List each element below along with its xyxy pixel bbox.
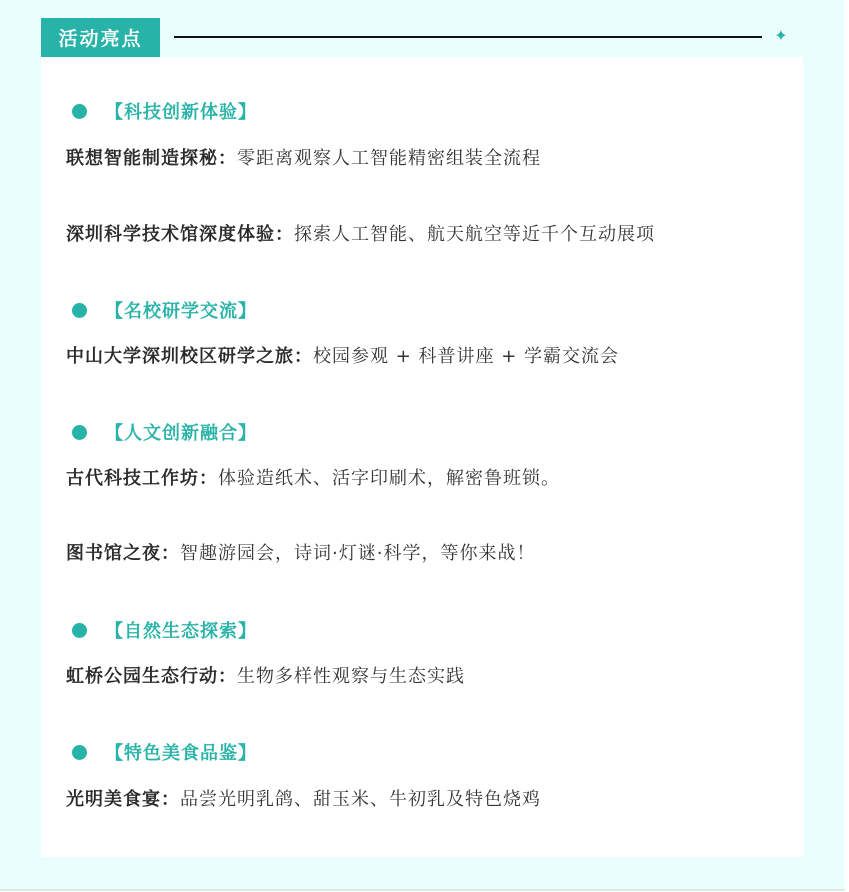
header-divider-line	[174, 36, 762, 38]
bullet-dot-icon	[72, 425, 87, 440]
section-label: 【科技创新体验】	[105, 98, 257, 124]
highlight-item: 虹桥公园生态行动：生物多样性观察与生态实践	[66, 664, 465, 690]
item-name: 图书馆之夜	[66, 543, 161, 564]
highlight-item: 光明美食宴：品尝光明乳鸽、甜玉米、牛初乳及特色烧鸡	[66, 787, 541, 813]
sparkle-star-icon: ✦	[773, 26, 789, 46]
item-name: 虹桥公园生态行动	[66, 666, 218, 687]
section-title-school: 【名校研学交流】	[72, 297, 257, 323]
bullet-dot-icon	[72, 303, 87, 318]
item-description: 体验造纸术、活字印刷术，解密鲁班锁。	[218, 468, 560, 489]
highlight-item: 古代科技工作坊：体验造纸术、活字印刷术，解密鲁班锁。	[66, 466, 560, 492]
section-header-tab: 活动亮点	[41, 18, 160, 57]
item-separator: ：	[218, 148, 237, 169]
section-label: 【特色美食品鉴】	[105, 739, 257, 765]
item-description: 生物多样性观察与生态实践	[237, 666, 465, 687]
item-description: 探索人工智能、航天航空等近千个互动展项	[294, 224, 655, 245]
highlights-card: 【科技创新体验】 联想智能制造探秘：零距离观察人工智能精密组装全流程 深圳科学技…	[41, 57, 803, 857]
item-separator: ：	[294, 346, 313, 367]
item-name: 光明美食宴	[66, 789, 161, 810]
section-title-tech: 【科技创新体验】	[72, 98, 257, 124]
bullet-dot-icon	[72, 745, 87, 760]
item-description: 零距离观察人工智能精密组装全流程	[237, 148, 541, 169]
highlight-item: 中山大学深圳校区研学之旅：校园参观 + 科普讲座 + 学霸交流会	[66, 344, 619, 370]
highlight-item: 深圳科学技术馆深度体验：探索人工智能、航天航空等近千个互动展项	[66, 222, 655, 248]
section-label: 【名校研学交流】	[105, 297, 257, 323]
item-separator: ：	[199, 468, 218, 489]
item-separator: ：	[218, 666, 237, 687]
highlight-item: 联想智能制造探秘：零距离观察人工智能精密组装全流程	[66, 146, 541, 172]
bullet-dot-icon	[72, 623, 87, 638]
section-label: 【自然生态探索】	[105, 617, 257, 643]
item-description: 校园参观 + 科普讲座 + 学霸交流会	[313, 346, 619, 367]
bullet-dot-icon	[72, 104, 87, 119]
item-name: 中山大学深圳校区研学之旅	[66, 346, 294, 367]
item-name: 联想智能制造探秘	[66, 148, 218, 169]
section-header-title: 活动亮点	[58, 24, 142, 51]
item-separator: ：	[275, 224, 294, 245]
item-separator: ：	[161, 789, 180, 810]
item-separator: ：	[161, 543, 180, 564]
item-description: 智趣游园会，诗词·灯谜·科学，等你来战！	[180, 543, 535, 564]
page-background: 活动亮点 ✦ 【科技创新体验】 联想智能制造探秘：零距离观察人工智能精密组装全流…	[0, 0, 845, 891]
item-description: 品尝光明乳鸽、甜玉米、牛初乳及特色烧鸡	[180, 789, 541, 810]
item-name: 深圳科学技术馆深度体验	[66, 224, 275, 245]
section-title-culture: 【人文创新融合】	[72, 419, 257, 445]
section-title-nature: 【自然生态探索】	[72, 617, 257, 643]
item-name: 古代科技工作坊	[66, 468, 199, 489]
section-label: 【人文创新融合】	[105, 419, 257, 445]
section-title-food: 【特色美食品鉴】	[72, 739, 257, 765]
highlight-item: 图书馆之夜：智趣游园会，诗词·灯谜·科学，等你来战！	[66, 541, 535, 567]
